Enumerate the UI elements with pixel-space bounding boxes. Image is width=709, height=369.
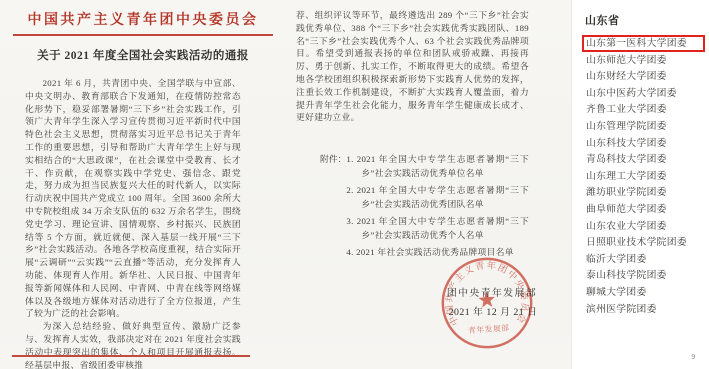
document-page-1: 中国共产主义青年团中央委员会 关于 2021 年度全国社会实践活动的通报 202… — [0, 0, 286, 369]
list-item: 青岛科技大学团委 — [583, 153, 703, 167]
page1-page-number: 1 — [0, 361, 262, 368]
document-title: 关于 2021 年度全国社会实践活动的通报 — [20, 47, 266, 63]
province-list-panel: 山东省 山东第一医科大学团委 山东师范大学团委 山东财经大学团委 山东中医药大学… — [571, 0, 709, 369]
body-paragraph-continued: 荐、组织评议等环节，最终遴选出 289 个“三下乡”社会实践优秀单位、388 个… — [296, 9, 529, 124]
list-item-highlighted[interactable]: 山东第一医科大学团委 — [582, 35, 705, 52]
panel-page-number: 9 — [692, 353, 696, 361]
screenshot-root: 中国共产主义青年团中央委员会 关于 2021 年度全国社会实践活动的通报 202… — [0, 0, 709, 369]
list-item: 泰山科技学院团委 — [583, 269, 703, 283]
red-divider-line — [13, 34, 273, 36]
signature-date: 2021 年 12 月 21 日 — [433, 304, 553, 318]
attachment-item-3: 3. 2021 年全国大中专学生志愿者暑期“三下乡”社会实践活动优秀个人名单 — [346, 214, 529, 242]
body-paragraph-1: 2021 年 6 月，共青团中央、全国学联与中宣部、中央文明办、教育部联合下发通… — [25, 77, 241, 320]
document-page-2: 荐、组织评议等环节，最终遴选出 289 个“三下乡”社会实践优秀单位、388 个… — [286, 0, 571, 369]
list-item: 潍坊职业学院团委 — [583, 186, 703, 200]
list-item: 山东理工大学团委 — [583, 170, 703, 184]
attachment-item-1: 1. 2021 年全国大中专学生志愿者暑期“三下乡”社会实践活动优秀单位名单 — [346, 152, 529, 180]
university-committee-list: 山东第一医科大学团委 山东师范大学团委 山东财经大学团委 山东中医药大学团委 齐… — [583, 35, 703, 317]
issuing-org-header: 中国共产主义青年团中央委员会 — [10, 9, 276, 29]
list-item: 山东中医药大学团委 — [583, 87, 703, 101]
page2-body: 荐、组织评议等环节，最终遴选出 289 个“三下乡”社会实践优秀单位、388 个… — [286, 0, 571, 262]
list-item: 山东管理学院团委 — [583, 120, 703, 134]
attachments-list: 1. 2021 年全国大中专学生志愿者暑期“三下乡”社会实践活动优秀单位名单 2… — [346, 152, 529, 262]
list-item: 滨州医学院团委 — [583, 303, 703, 317]
attachments-label: 附件： — [320, 152, 346, 262]
list-item: 曲阜师范大学团委 — [583, 203, 703, 217]
province-header: 山东省 — [585, 12, 703, 28]
list-item: 山东科技大学团委 — [583, 137, 703, 151]
attachments-block: 附件： 1. 2021 年全国大中专学生志愿者暑期“三下乡”社会实践活动优秀单位… — [296, 152, 529, 262]
seal-inner-text: 青年发展部 — [468, 322, 510, 335]
list-item: 齐鲁工业大学团委 — [583, 103, 703, 117]
list-item: 日照职业技术学院团委 — [583, 236, 703, 250]
signature-department: 团中央青年发展部 — [438, 285, 546, 299]
list-item: 山东财经大学团委 — [583, 70, 703, 84]
footer-red-line — [12, 355, 250, 357]
page1-body: 2021 年 6 月，共青团中央、全国学联与中宣部、中央文明办、教育部联合下发通… — [0, 63, 286, 369]
list-item: 聊城大学团委 — [583, 286, 703, 300]
list-item: 山东师范大学团委 — [583, 54, 703, 68]
list-item: 山东农业大学团委 — [583, 220, 703, 234]
official-seal-icon: 中国共产主义青年团中央委员会 青年发展部 — [436, 252, 538, 354]
list-item: 临沂大学团委 — [583, 253, 703, 267]
attachment-item-2: 2. 2021 年全国大中专学生志愿者暑期“三下乡”社会实践活动优秀团队名单 — [346, 183, 529, 211]
